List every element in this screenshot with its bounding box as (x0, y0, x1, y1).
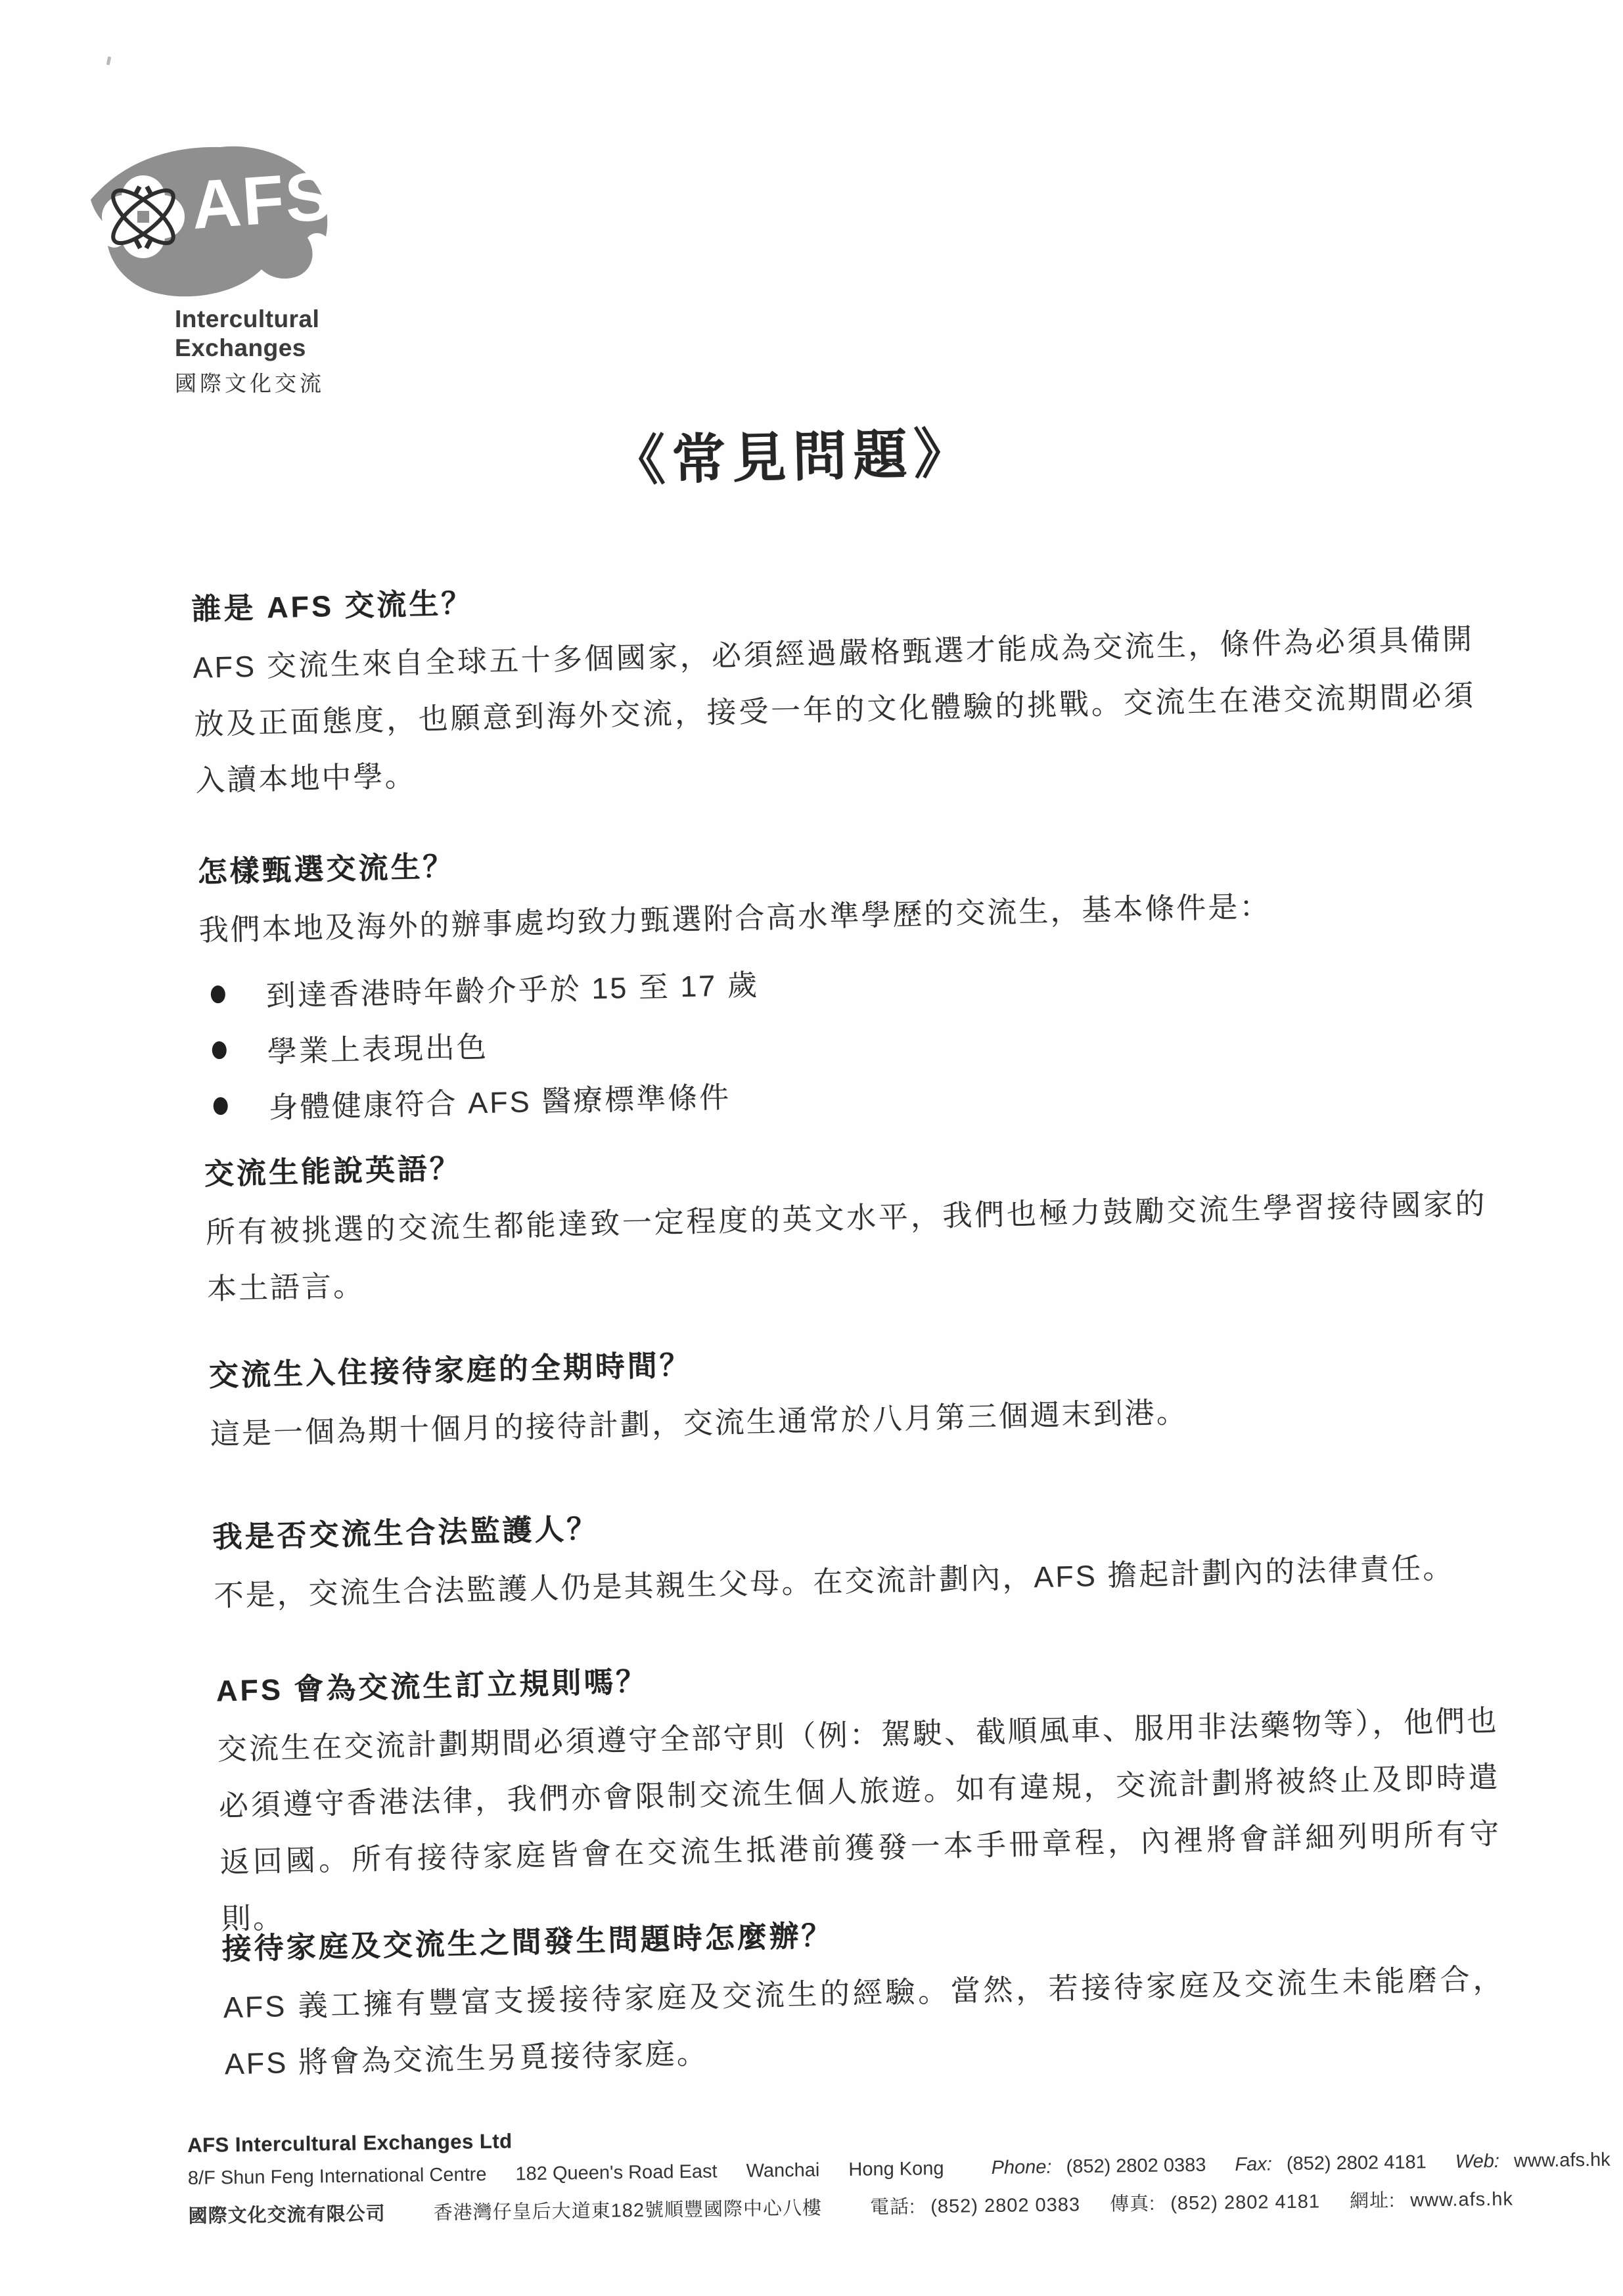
footer-web-label: Web: (1455, 2151, 1500, 2172)
list-item-text: 身體健康符合 AFS 醫療標準條件 (268, 1073, 731, 1127)
faq-section-selection: 怎樣甄選交流生？ 我們本地及海外的辦事處均致力甄選附合高水準學歷的交流生，基本條… (197, 825, 1484, 1135)
faq-section-rules: AFS 會為交流生訂立規則嗎？ 交流生在交流計劃期間必須遵守全部守則（例：駕駛、… (216, 1644, 1503, 1947)
scan-speck (106, 56, 112, 66)
footer-phone-label: 電話: (870, 2197, 915, 2218)
footer-address-en: 8/F Shun Feng International Centre 182 Q… (188, 2151, 1502, 2190)
faq-answer: AFS 義工擁有豐富支援接待家庭及交流生的經驗。當然，若接待家庭及交流生未能磨合… (223, 1950, 1506, 2092)
footer-web-value: www.afs.hk (1410, 2189, 1513, 2211)
logo-line-exchanges: Exchanges (175, 334, 401, 363)
footer-web-label: 網址: (1350, 2190, 1395, 2212)
footer-company-zh: 國際文化交流有限公司 (188, 2203, 385, 2227)
footer-web-value: www.afs.hk (1514, 2150, 1611, 2172)
bullet-dot-icon (212, 1041, 227, 1059)
footer-fax-label: Fax: (1235, 2153, 1272, 2175)
footer-phone-value: (852) 2802 0383 (1066, 2155, 1206, 2178)
footer-fax-value: (852) 2802 4181 (1287, 2151, 1427, 2174)
logo-line-chinese: 國際文化交流 (175, 367, 401, 397)
logo-line-intercultural: Intercultural (175, 305, 401, 334)
footer-address-line: 182 Queen's Road East (515, 2161, 717, 2184)
footer-phone-label: Phone: (991, 2157, 1051, 2178)
faq-section-duration: 交流生入住接待家庭的全期時間？ 這是一個為期十個月的接待計劃，交流生通常於八月第… (208, 1328, 1492, 1462)
bullet-dot-icon (213, 1097, 228, 1115)
list-item-text: 學業上表現出色 (267, 1023, 488, 1071)
footer: AFS Intercultural Exchanges Ltd 8/F Shun… (187, 2117, 1503, 2228)
footer-address-line: Wanchai (746, 2159, 819, 2181)
footer-address-line: 8/F Shun Feng International Centre (188, 2164, 487, 2189)
page-title: 《常見問題》 (187, 399, 1470, 505)
footer-address-line: Hong Kong (848, 2158, 944, 2180)
afs-logo: AFS Intercultural Exchanges 國際文化交流 (85, 139, 401, 397)
document-body: 《常見問題》 誰是 AFS 交流生？ AFS 交流生來自全球五十多個國家，必須經… (187, 392, 1507, 2135)
faq-section-english: 交流生能說英語？ 所有被挑選的交流生都能達致一定程度的英文水平，我們也極力鼓勵交… (204, 1127, 1488, 1317)
faq-answer: AFS 交流生來自全球五十多個國家，必須經過嚴格甄選才能成為交流生，條件為必須具… (193, 611, 1477, 809)
footer-fax-label: 傳真: (1110, 2194, 1155, 2215)
faq-section-problems: 接待家庭及交流生之間發生問題時怎麼辦？ AFS 義工擁有豐富支援接待家庭及交流生… (221, 1902, 1506, 2092)
scanned-page: AFS Intercultural Exchanges 國際文化交流 《常見問題… (0, 0, 1623, 2296)
faq-section-who: 誰是 AFS 交流生？ AFS 交流生來自全球五十多個國家，必須經過嚴格甄選才能… (191, 562, 1477, 809)
footer-address-zh: 國際文化交流有限公司 香港灣仔皇后大道東182號順豐國際中心八樓 電話: (85… (188, 2184, 1502, 2228)
afs-flag-icon: AFS (85, 139, 348, 302)
faq-section-guardian: 我是否交流生合法監護人？ 不是，交流生合法監護人仍是其親生父母。在交流計劃內，A… (212, 1490, 1496, 1624)
faq-answer: 所有被挑選的交流生都能達致一定程度的英文水平，我們也極力鼓勵交流生學習接待國家的… (205, 1175, 1488, 1317)
afs-brand-text: AFS (189, 158, 335, 244)
list-item-text: 到達香港時年齡介乎於 15 至 17 歲 (265, 960, 759, 1014)
footer-address-line: 香港灣仔皇后大道東182號順豐國際中心八樓 (433, 2197, 822, 2224)
footer-phone-value: (852) 2802 0383 (930, 2194, 1080, 2217)
bullet-dot-icon (211, 985, 226, 1003)
footer-fax-value: (852) 2802 4181 (1170, 2191, 1320, 2214)
criteria-list: 到達香港時年齡介乎於 15 至 17 歲 學業上表現出色 身體健康符合 AFS … (200, 938, 1484, 1135)
